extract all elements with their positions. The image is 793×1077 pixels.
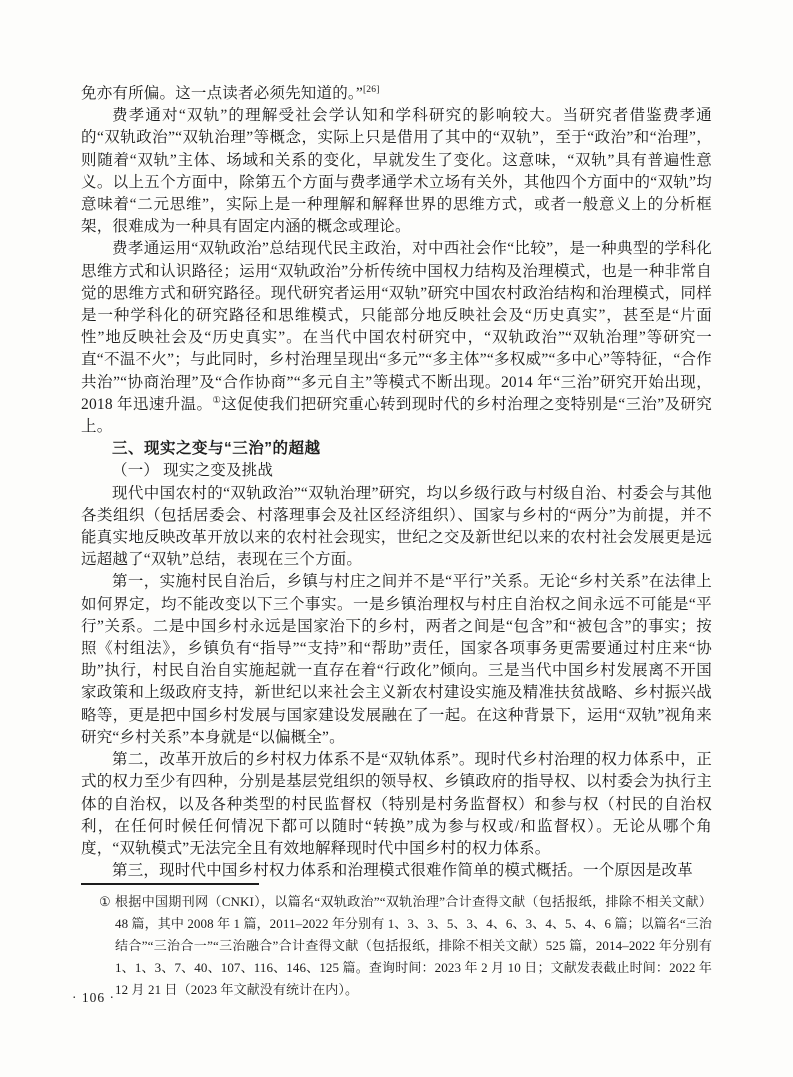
- footnote-separator-rule: [81, 883, 259, 885]
- subsection-heading: （一） 现实之变及挑战: [81, 460, 712, 482]
- paragraph: 现代中国农村的“双轨政治”“双轨治理”研究，均以乡级行政与村级自治、村委会与其他…: [81, 483, 712, 572]
- paragraph: 第二，改革开放后的乡村权力体系不是“双轨体系”。现时代乡村治理的权力体系中，正式…: [81, 749, 712, 860]
- footnote: ① 根据中国期刊网（CNKI），以篇名“双轨政治”“双轨治理”合计查得文献（包括…: [99, 891, 712, 1001]
- footnote-text: 根据中国期刊网（CNKI），以篇名“双轨政治”“双轨治理”合计查得文献（包括报纸…: [115, 894, 712, 997]
- footnote-marker: ①: [99, 891, 111, 913]
- page-number: · 106 ·: [72, 990, 115, 1006]
- journal-page: 免亦有所偏。这一点读者必须先知道的。”[26]费孝通对“双轨”的理解受社会学认知…: [0, 0, 793, 1077]
- section-heading: 三、现实之变与“三治”的超越: [81, 438, 712, 460]
- body-text: 免亦有所偏。这一点读者必须先知道的。”[26]费孝通对“双轨”的理解受社会学认知…: [81, 83, 712, 883]
- paragraph: 第三，现时代中国乡村权力体系和治理模式很难作简单的模式概括。一个原因是改革: [81, 860, 712, 882]
- paragraph: 费孝通运用“双轨政治”总结现代民主政治，对中西社会作“比较”，是一种典型的学科化…: [81, 238, 712, 438]
- paragraph: 第一，实施村民自治后，乡镇与村庄之间并不是“平行”关系。无论“乡村关系”在法律上…: [81, 571, 712, 749]
- footnote-ref: [26]: [363, 85, 380, 95]
- paragraph: 费孝通对“双轨”的理解受社会学认知和学科研究的影响较大。当研究者借鉴费孝通的“双…: [81, 105, 712, 238]
- paragraph-continuation: 免亦有所偏。这一点读者必须先知道的。”[26]: [81, 83, 712, 105]
- footnote-ref: ①: [212, 396, 221, 406]
